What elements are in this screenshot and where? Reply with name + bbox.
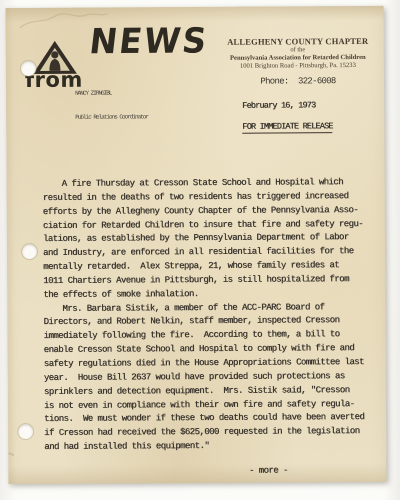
hole-punch xyxy=(22,244,37,259)
org-letterhead: ALLEGHENY COUNTY CHAPTER of the Pennsylv… xyxy=(208,37,388,87)
scan-background: NEWS from NANCY ZIRNGIBL Public Relation… xyxy=(0,0,400,500)
news-masthead: NEWS xyxy=(88,22,211,61)
body-line: sprinklers and detection equipment. Mrs.… xyxy=(44,384,374,400)
body-line: if Cresson had received the $625,000 req… xyxy=(44,425,374,441)
org-phone: Phone: 322-6008 xyxy=(208,75,388,86)
body-line: efforts by the Allegheny County Chapter … xyxy=(43,204,373,220)
press-release-page: NEWS from NANCY ZIRNGIBL Public Relation… xyxy=(6,6,387,484)
contact-name: NANCY ZIRNGIBL xyxy=(75,89,148,97)
phone-number: 322-6008 xyxy=(298,76,336,86)
hole-punch xyxy=(21,61,36,76)
body-text: A fire Thursday at Cresson State School … xyxy=(43,176,375,455)
hole-punch xyxy=(18,424,33,439)
phone-label: Phone: xyxy=(260,76,288,86)
org-association-name: Pennsylvania Association for Retarded Ch… xyxy=(208,53,388,62)
more-marker: - more - xyxy=(218,465,318,476)
body-line: 1011 Chartiers Avenue in Pittsburgh, is … xyxy=(43,273,373,289)
org-address: 1001 Brighton Road - Pittsburgh, Pa. 152… xyxy=(208,61,388,70)
pencil-edge-mark xyxy=(8,452,14,456)
body-line: and had installed this equipment." xyxy=(44,439,374,455)
contact-title: Public Relations Coordinator xyxy=(75,113,148,121)
contact-block: NANCY ZIRNGIBL Public Relations Coordina… xyxy=(75,73,148,137)
release-status: FOR IMMEDIATE RELEASE xyxy=(242,121,332,134)
release-date: February 16, 1973 xyxy=(242,100,315,110)
